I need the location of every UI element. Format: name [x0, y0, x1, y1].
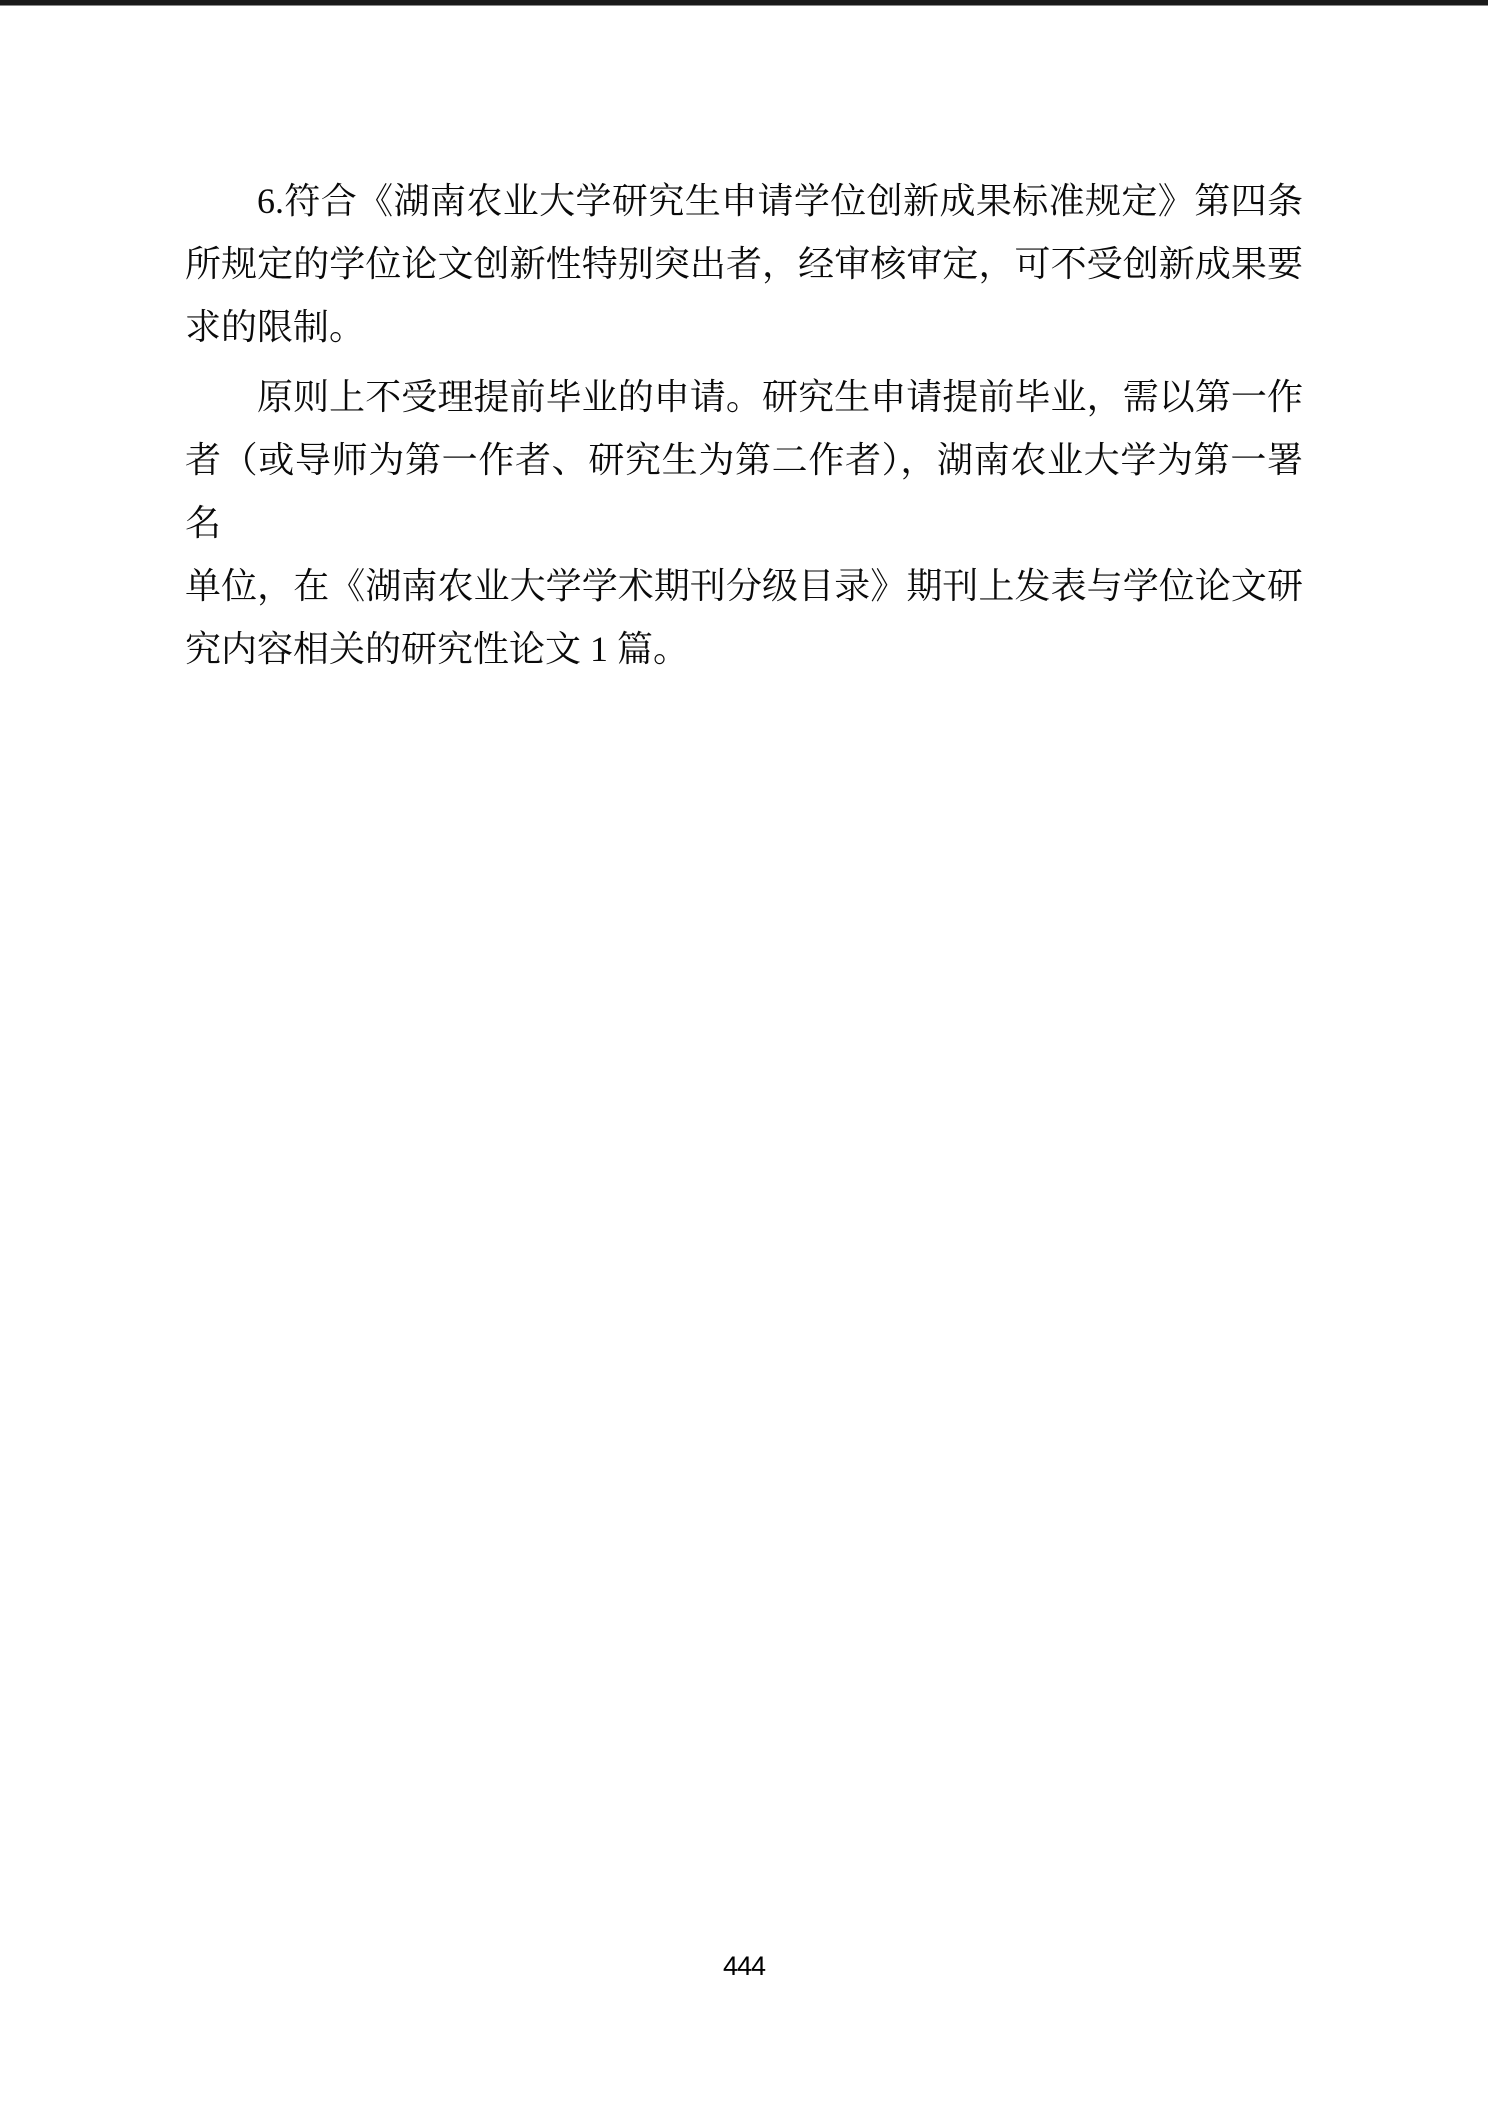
document-body: 6.符合《湖南农业大学研究生申请学位创新成果标准规定》第四条所规定的学位论文创新… — [185, 170, 1303, 688]
document-page: 6.符合《湖南农业大学研究生申请学位创新成果标准规定》第四条所规定的学位论文创新… — [0, 0, 1488, 2104]
text-line: 求的限制。 — [185, 296, 1303, 359]
text-line: 所规定的学位论文创新性特别突出者，经审核审定，可不受创新成果要 — [185, 233, 1303, 296]
page-number: 444 — [0, 1951, 1488, 1982]
text-line: 原则上不受理提前毕业的申请。研究生申请提前毕业，需以第一作 — [185, 366, 1303, 429]
text-line: 6.符合《湖南农业大学研究生申请学位创新成果标准规定》第四条 — [185, 170, 1303, 233]
paragraph: 原则上不受理提前毕业的申请。研究生申请提前毕业，需以第一作者（或导师为第一作者、… — [185, 366, 1303, 681]
page-top-edge-bar — [0, 0, 1488, 6]
text-line: 单位，在《湖南农业大学学术期刊分级目录》期刊上发表与学位论文研 — [185, 555, 1303, 618]
text-line: 究内容相关的研究性论文 1 篇。 — [185, 618, 1303, 681]
text-line: 者（或导师为第一作者、研究生为第二作者），湖南农业大学为第一署名 — [185, 429, 1303, 555]
paragraph: 6.符合《湖南农业大学研究生申请学位创新成果标准规定》第四条所规定的学位论文创新… — [185, 170, 1303, 359]
